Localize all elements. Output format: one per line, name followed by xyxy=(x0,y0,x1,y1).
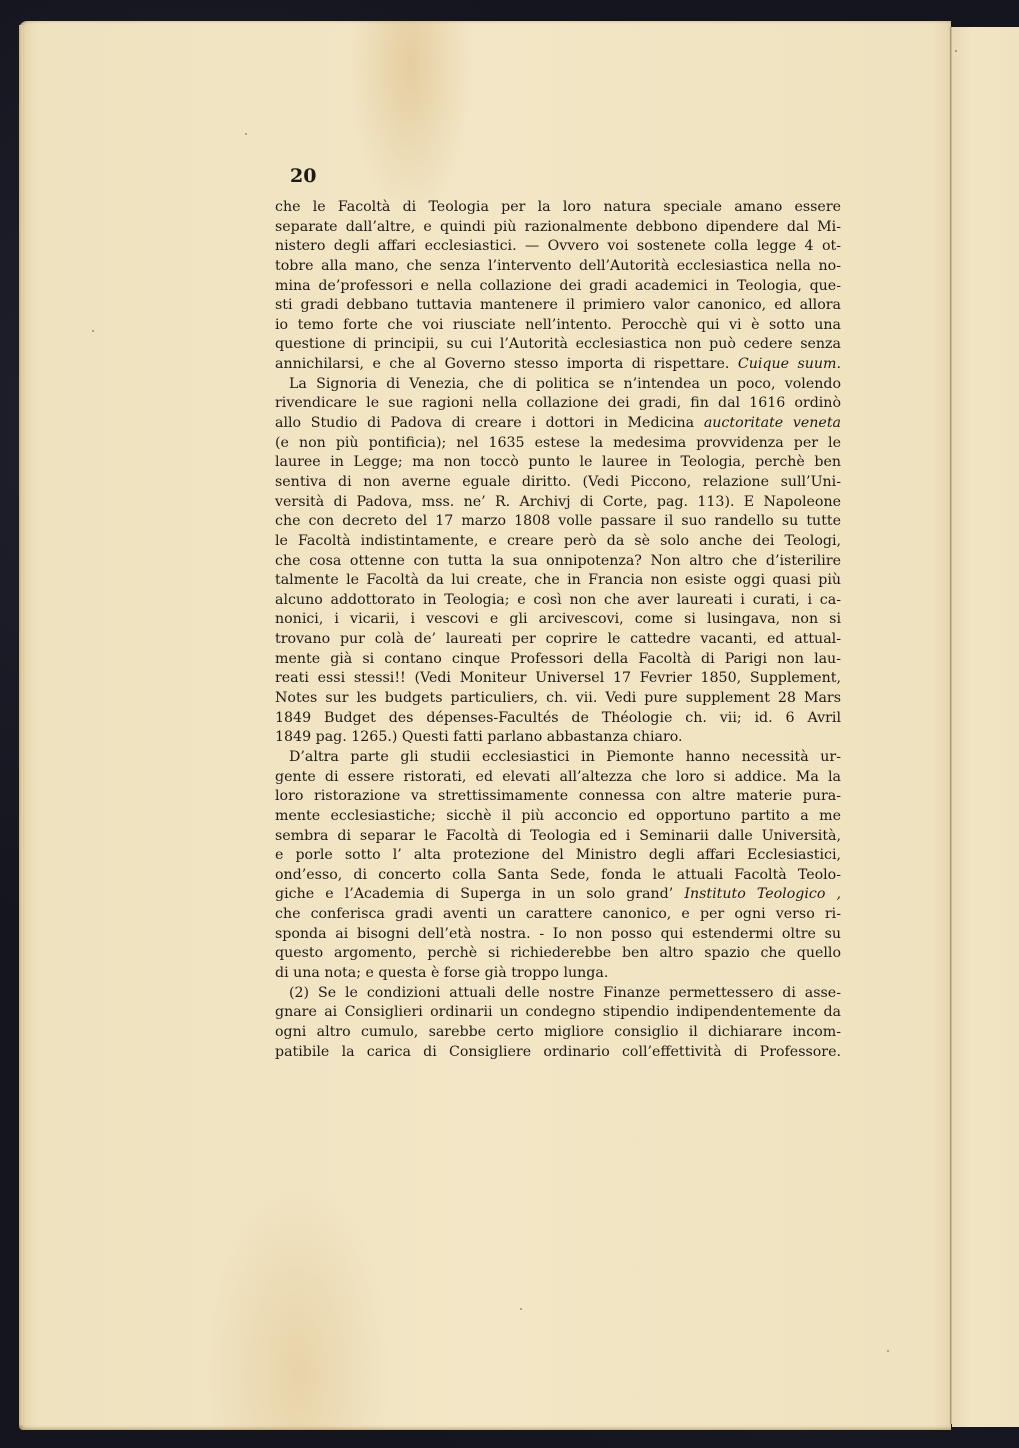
text-line-content: di una nota; e questa è forse già troppo… xyxy=(275,965,608,981)
text-line: talmente le Facoltà da lui create, che i… xyxy=(275,571,841,591)
text-line-content: alcuno addottorato in Teologia; e così n… xyxy=(275,592,841,608)
text-line: La Signoria di Venezia, che di politica … xyxy=(275,375,841,395)
text-line-content: nonici, i vicarii, i vescovi e gli arciv… xyxy=(275,611,841,627)
text-line: separate dall’altre, e quindi più razion… xyxy=(275,218,841,238)
paper-speck xyxy=(887,1350,889,1352)
text-line: nistero degli affari ecclesiastici. — Ov… xyxy=(275,237,841,257)
text-line: sentiva di non averne eguale diritto. (V… xyxy=(275,473,841,493)
text-line-content: lauree in Legge; ma non toccò punto le l… xyxy=(275,454,841,470)
paper-speck xyxy=(520,1308,522,1310)
text-line: e porle sotto l’ alta protezione del Min… xyxy=(275,846,841,866)
text-line-content: loro ristorazione va strettissimamente c… xyxy=(275,788,841,804)
text-line-content: le Facoltà indistintamente, e creare per… xyxy=(275,533,841,549)
text-line-content: sti gradi debbano tuttavia mantenere il … xyxy=(275,297,841,313)
text-line: 1849 Budget des dépenses-Facultés de Thé… xyxy=(275,709,841,729)
paper-speck xyxy=(245,133,247,135)
text-line-content: questione di principii, su cui l’Autorit… xyxy=(275,336,841,352)
italic-phrase: Instituto Teologico , xyxy=(684,886,841,902)
text-line: mente ecclesiastiche; sicchè il più acco… xyxy=(275,807,841,827)
text-line-content: mente ecclesiastiche; sicchè il più acco… xyxy=(275,808,841,824)
text-line: 1849 pag. 1265.) Questi fatti parlano ab… xyxy=(275,728,841,748)
text-line-content: sentiva di non averne eguale diritto. (V… xyxy=(275,474,841,490)
text-line-content: annichilarsi, e che al Governo stesso im… xyxy=(275,356,729,372)
text-line-content: io temo forte che voi riusciate nell’int… xyxy=(275,317,841,333)
text-line: che le Facoltà di Teologia per la loro n… xyxy=(275,198,841,218)
text-line: mina de’professori e nella collazione de… xyxy=(275,277,841,297)
text-line: patibile la carica di Consigliere ordina… xyxy=(275,1043,841,1063)
text-line-content: gnare ai Consiglieri ordinarii un condeg… xyxy=(275,1004,841,1020)
text-line-content: mente già si contano cinque Professori d… xyxy=(275,651,841,667)
text-line-content: ond’esso, di concerto colla Santa Sede, … xyxy=(275,867,841,883)
text-line: versità di Padova, mss. ne’ R. Archivj d… xyxy=(275,493,841,513)
text-line-content: sembra di separar le Facoltà di Teologia… xyxy=(275,828,841,844)
paper-speck xyxy=(955,50,957,52)
text-line: ond’esso, di concerto colla Santa Sede, … xyxy=(275,866,841,886)
text-line: alcuno addottorato in Teologia; e così n… xyxy=(275,591,841,611)
text-line: D’altra parte gli studii ecclesiastici i… xyxy=(275,748,841,768)
page-number: 20 xyxy=(290,165,316,187)
text-line: annichilarsi, e che al Governo stesso im… xyxy=(275,355,841,375)
text-line: reati essi stessi!! (Vedi Moniteur Unive… xyxy=(275,669,841,689)
text-line-content: patibile la carica di Consigliere ordina… xyxy=(275,1044,841,1060)
text-line: nonici, i vicarii, i vescovi e gli arciv… xyxy=(275,610,841,630)
text-line: gnare ai Consiglieri ordinarii un condeg… xyxy=(275,1003,841,1023)
text-line: (e non più pontificia); nel 1635 estese … xyxy=(275,434,841,454)
text-line-content: giche e l’Academia di Superga in un solo… xyxy=(275,886,673,902)
text-line: allo Studio di Padova di creare i dottor… xyxy=(275,414,841,434)
text-line: rivendicare le sue ragioni nella collazi… xyxy=(275,394,841,414)
text-line-content: La Signoria di Venezia, che di politica … xyxy=(289,376,841,392)
text-line: questo argomento, perchè si richiederebb… xyxy=(275,944,841,964)
text-line-content: (e non più pontificia); nel 1635 estese … xyxy=(275,435,841,451)
text-line-content: che cosa ottenne con tutta la sua onnipo… xyxy=(275,553,841,569)
page-edge-shadow xyxy=(19,25,23,1425)
text-line-content: questo argomento, perchè si richiederebb… xyxy=(275,945,841,961)
text-line: sti gradi debbano tuttavia mantenere il … xyxy=(275,296,841,316)
text-line: giche e l’Academia di Superga in un solo… xyxy=(275,885,841,905)
text-line: mente già si contano cinque Professori d… xyxy=(275,650,841,670)
text-line-content: sponda ai bisogni dell’età nostra. - Io … xyxy=(275,926,841,942)
text-line-content: mina de’professori e nella collazione de… xyxy=(275,278,841,294)
text-line-content: ogni altro cumulo, sarebbe certo miglior… xyxy=(275,1024,841,1040)
text-line: sponda ai bisogni dell’età nostra. - Io … xyxy=(275,925,841,945)
page-fold-line xyxy=(950,27,952,1424)
text-line: che cosa ottenne con tutta la sua onnipo… xyxy=(275,552,841,572)
text-line: trovano pur colà de’ laureati per coprir… xyxy=(275,630,841,650)
text-line-content: gente di essere ristorati, ed elevati al… xyxy=(275,769,841,785)
text-line: tobre alla mano, che senza l’intervento … xyxy=(275,257,841,277)
text-line-content: nistero degli affari ecclesiastici. — Ov… xyxy=(275,238,841,254)
text-line: questione di principii, su cui l’Autorit… xyxy=(275,335,841,355)
text-line-content: che con decreto del 17 marzo 1808 volle … xyxy=(275,513,841,529)
text-line-content: trovano pur colà de’ laureati per coprir… xyxy=(275,631,841,647)
text-line-content: e porle sotto l’ alta protezione del Min… xyxy=(275,847,841,863)
text-line: io temo forte che voi riusciate nell’int… xyxy=(275,316,841,336)
body-text: che le Facoltà di Teologia per la loro n… xyxy=(275,198,841,1062)
text-line-content: (2) Se le condizioni attuali delle nostr… xyxy=(289,985,841,1001)
text-line: (2) Se le condizioni attuali delle nostr… xyxy=(275,984,841,1004)
text-line-content: D’altra parte gli studii ecclesiastici i… xyxy=(289,749,841,765)
text-line-content: Notes sur les budgets particuliers, ch. … xyxy=(275,690,841,706)
text-line: lauree in Legge; ma non toccò punto le l… xyxy=(275,453,841,473)
italic-phrase: auctoritate veneta xyxy=(704,415,841,431)
text-line-content: 1849 pag. 1265.) Questi fatti parlano ab… xyxy=(275,729,683,745)
text-line-content: che le Facoltà di Teologia per la loro n… xyxy=(275,199,841,215)
text-line: ogni altro cumulo, sarebbe certo miglior… xyxy=(275,1023,841,1043)
text-line-content: rivendicare le sue ragioni nella collazi… xyxy=(275,395,841,411)
text-line: loro ristorazione va strettissimamente c… xyxy=(275,787,841,807)
paper-speck xyxy=(92,330,94,332)
italic-phrase: Cuique suum. xyxy=(738,356,841,372)
text-line-content: separate dall’altre, e quindi più razion… xyxy=(275,219,841,235)
text-line-content: talmente le Facoltà da lui create, che i… xyxy=(275,572,841,588)
text-line: che con decreto del 17 marzo 1808 volle … xyxy=(275,512,841,532)
text-line: che conferisca gradi aventi un carattere… xyxy=(275,905,841,925)
text-line: le Facoltà indistintamente, e creare per… xyxy=(275,532,841,552)
text-line: sembra di separar le Facoltà di Teologia… xyxy=(275,827,841,847)
text-line-content: tobre alla mano, che senza l’intervento … xyxy=(275,258,841,274)
text-line-content: reati essi stessi!! (Vedi Moniteur Unive… xyxy=(275,670,841,686)
text-line: gente di essere ristorati, ed elevati al… xyxy=(275,768,841,788)
text-line-content: allo Studio di Padova di creare i dottor… xyxy=(275,415,694,431)
adjacent-page-edge xyxy=(952,27,1019,1427)
text-line: di una nota; e questa è forse già troppo… xyxy=(275,964,841,984)
text-line: Notes sur les budgets particuliers, ch. … xyxy=(275,689,841,709)
text-line-content: che conferisca gradi aventi un carattere… xyxy=(275,906,841,922)
text-line-content: versità di Padova, mss. ne’ R. Archivj d… xyxy=(275,494,841,510)
text-line-content: 1849 Budget des dépenses-Facultés de Thé… xyxy=(275,710,841,726)
